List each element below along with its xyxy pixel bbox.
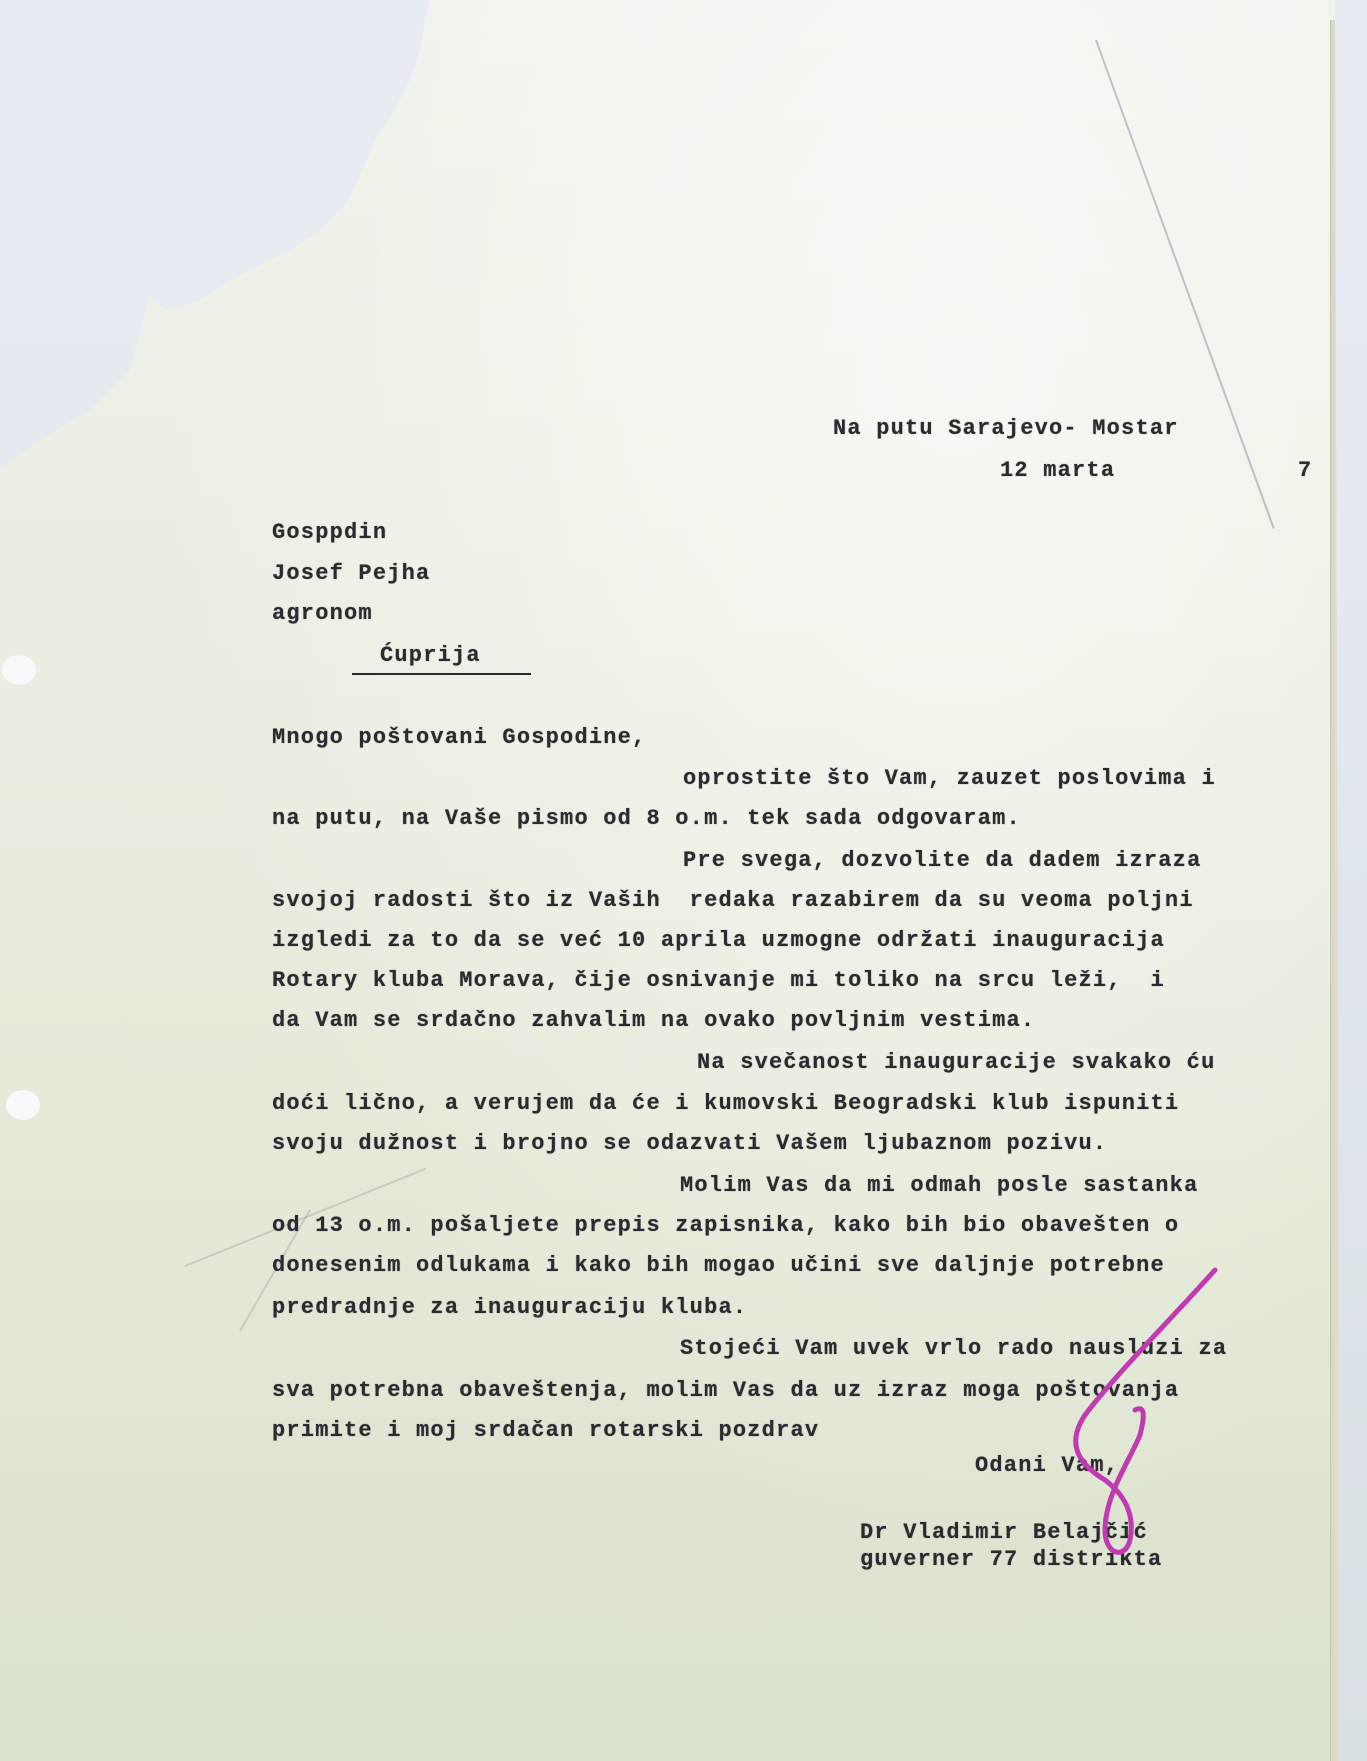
body-line: svoju dužnost i brojno se odazvati Vašem… xyxy=(272,1133,1107,1155)
letter-place: Na putu Sarajevo- Mostar xyxy=(833,418,1179,440)
body-line: izgledi za to da se već 10 aprila uzmogn… xyxy=(272,930,1165,952)
recipient-title: Gosppdin xyxy=(272,522,387,544)
body-line: na putu, na Vaše pismo od 8 o.m. tek sad… xyxy=(272,808,1021,830)
recipient-name: Josef Pejha xyxy=(272,563,430,585)
letter-date: 12 marta xyxy=(1000,460,1115,482)
body-line: sva potrebna obaveštenja, molim Vas da u… xyxy=(272,1380,1179,1402)
body-line: Molim Vas da mi odmah posle sastanka xyxy=(680,1175,1198,1197)
body-line: primite i moj srdačan rotarski pozdrav xyxy=(272,1420,819,1442)
body-line: Na svečanost inauguracije svakako ću xyxy=(697,1052,1215,1074)
body-line: doći lično, a verujem da će i kumovski B… xyxy=(272,1093,1179,1115)
punch-hole-lower xyxy=(6,1090,40,1120)
page-number: 7 xyxy=(1298,460,1312,482)
body-line: svojoj radosti što iz Vaših redaka razab… xyxy=(272,890,1194,912)
body-line: predradnje za inauguraciju kluba. xyxy=(272,1297,747,1319)
body-line: od 13 o.m. pošaljete prepis zapisnika, k… xyxy=(272,1215,1179,1237)
body-line: Pre svega, dozvolite da dadem izraza xyxy=(683,850,1201,872)
recipient-profession: agronom xyxy=(272,603,373,625)
body-line: donesenim odlukama i kako bih mogao učin… xyxy=(272,1255,1165,1277)
punch-hole-upper xyxy=(2,655,36,685)
pen-stroke-mark xyxy=(1095,40,1275,529)
greeting: Mnogo poštovani Gospodine, xyxy=(272,727,646,749)
recipient-city: Ćuprija xyxy=(352,645,531,675)
handwritten-signature-icon xyxy=(1045,1265,1225,1565)
body-line: da Vam se srdačno zahvalim na ovako povl… xyxy=(272,1010,1035,1032)
body-line: oprostite što Vam, zauzet poslovima i xyxy=(683,768,1216,790)
body-line: Rotary kluba Morava, čije osnivanje mi t… xyxy=(272,970,1165,992)
